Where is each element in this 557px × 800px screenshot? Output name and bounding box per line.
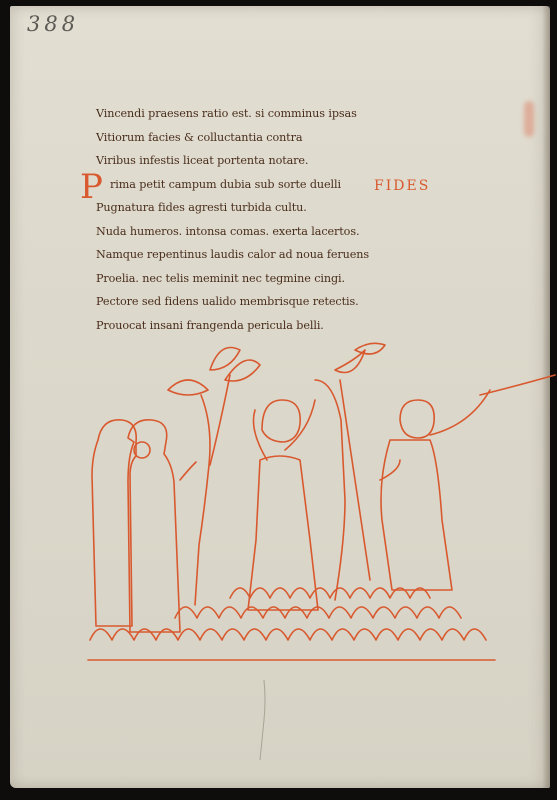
tree-trunk-icon — [315, 343, 385, 600]
onlooker-figures-icon — [92, 420, 196, 632]
verse-text-block: Vincendi praesens ratio est. si comminus… — [96, 102, 396, 337]
tree-icon — [168, 348, 260, 606]
verse-line: Nuda humeros. intonsa comas. exerta lace… — [96, 220, 396, 244]
fides-figure-icon — [248, 400, 318, 610]
verse-line: Namque repentinus laudis calor ad noua f… — [96, 243, 396, 267]
verse-line: Pugnatura fides agresti turbida cultu. — [96, 196, 396, 220]
cultura-figure-icon — [380, 375, 555, 590]
verse-line: Viribus infestis liceat portenta notare. — [96, 149, 396, 173]
verse-line: Pectore sed fidens ualido membrisque ret… — [96, 290, 396, 314]
verse-line: Vincendi praesens ratio est. si comminus… — [96, 102, 396, 126]
verse-line: Proelia. nec telis meminit nec tegmine c… — [96, 267, 396, 291]
verse-line: rima petit campum dubia sub sorte duelli — [96, 173, 396, 197]
folio-number: 388 — [27, 12, 79, 36]
verse-line: Prouocat insani frangenda pericula belli… — [96, 314, 396, 338]
illustration-drawing — [80, 340, 557, 670]
red-stain — [524, 101, 534, 137]
parchment-crack — [258, 680, 268, 760]
verse-line: Vitiorum facies & colluctantia contra — [96, 126, 396, 150]
